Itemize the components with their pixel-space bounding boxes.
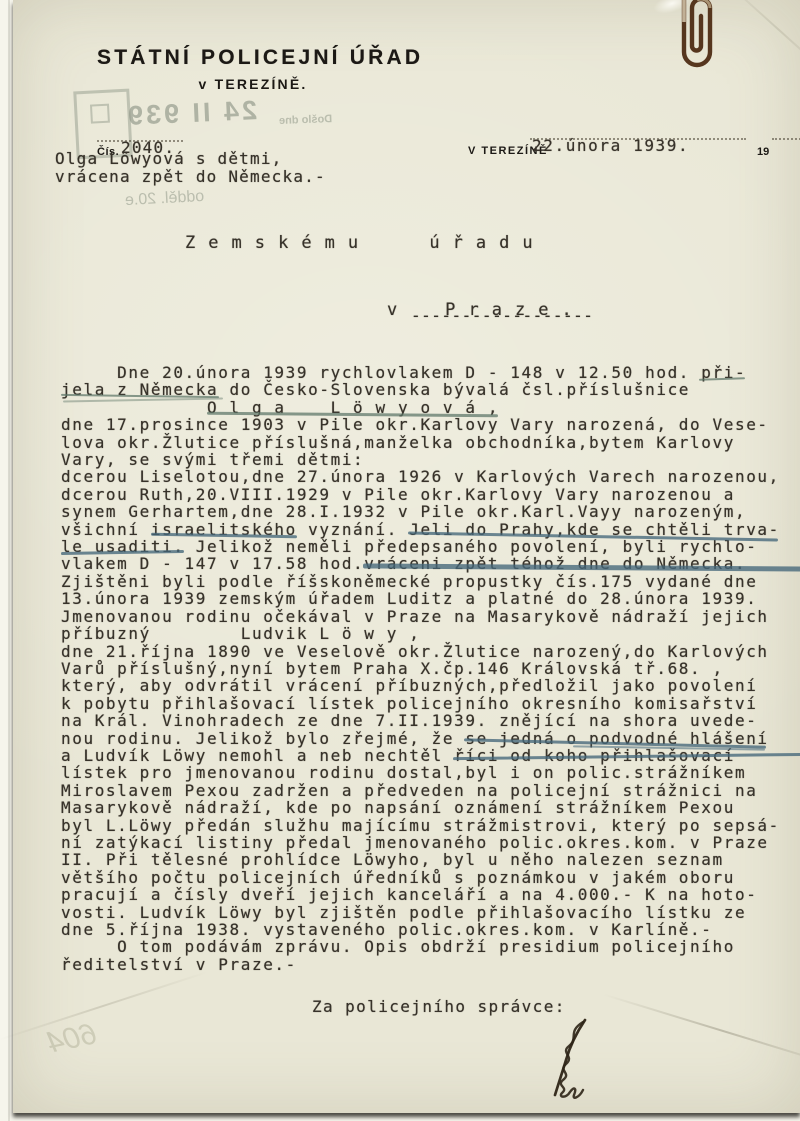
recipient-office: Z e m s k é m u ú ř a d u [185,233,534,253]
paper-crease-bottom-left [0,971,208,1041]
paper-crease-top-right [722,0,800,79]
closing-label: Za policejního správce: [312,997,566,1016]
report-body-text: Dne 20.února 1939 rychlovlakem D - 148 v… [61,364,780,973]
ghost-corner-number: 604 [44,1017,100,1061]
scan-backing-crease [8,0,10,1121]
date-dotted-rule [530,138,746,140]
ghost-stamp-box-inner [90,104,110,124]
paperclip [668,0,732,98]
subject-note: Olga Löwyová s dětmi, vrácena zpět do Ně… [55,150,326,185]
year-print: 19 [757,146,769,158]
document-page: 24 II 939 Došlo dne odděl. 20.e 604 STÁT… [13,0,800,1113]
ghost-stamp-received-label: Došlo dne [279,113,333,127]
recipient-dash-underline: ------------------ [411,306,593,325]
letterhead-office-place: v TEREZÍNĚ. [97,76,409,92]
paper-crease-bottom-right [603,993,800,1068]
ref-number-dotted-rule [97,140,183,142]
year-dotted-rule [772,138,800,140]
handwritten-signature [525,1016,605,1104]
ghost-stamp-department: odděl. 20.e [125,188,205,210]
letterhead-office-name: STÁTNÍ POLICEJNÍ ÚŘAD [97,46,423,70]
ghost-stamp-date: 24 II 939 [124,95,257,132]
